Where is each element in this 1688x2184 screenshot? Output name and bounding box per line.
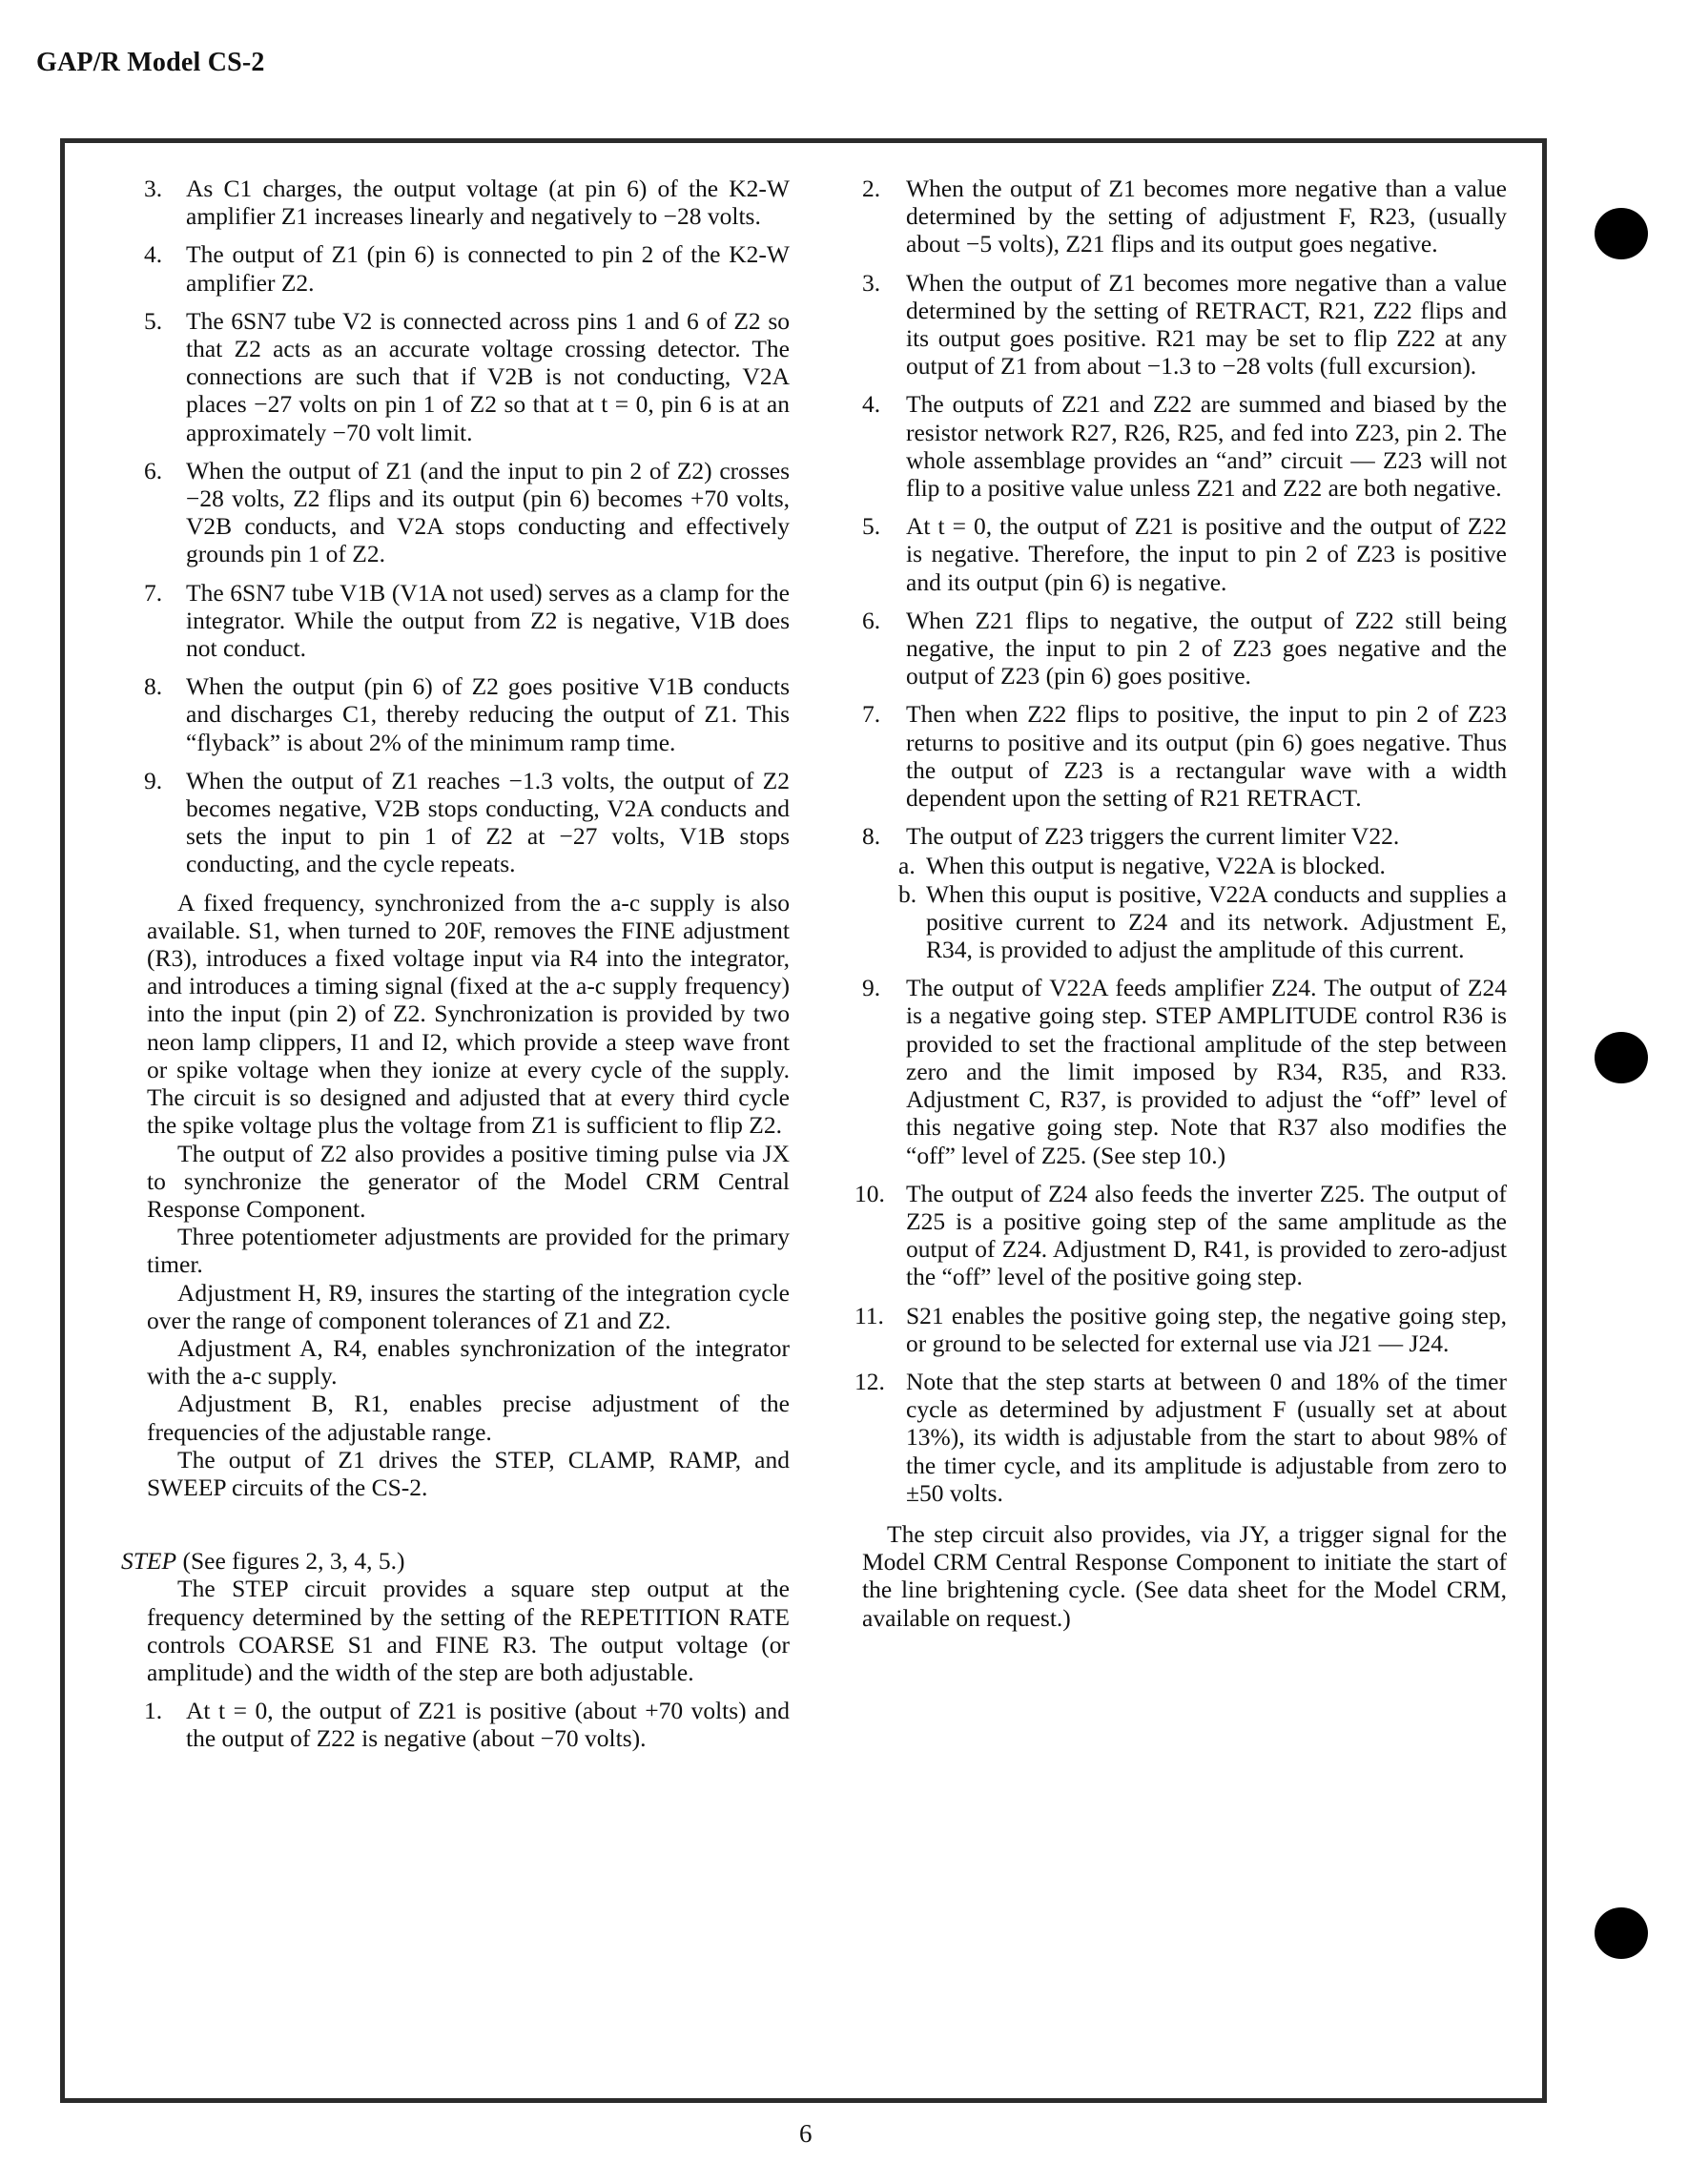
item-number: 5. bbox=[862, 512, 880, 540]
item-text: When the output of Z1 becomes more negat… bbox=[906, 269, 1507, 381]
item-number: 10. bbox=[854, 1180, 885, 1207]
item-text: At t = 0, the output of Z21 is positive … bbox=[186, 1697, 790, 1752]
list-item: 9.The output of V22A feeds amplifier Z24… bbox=[854, 974, 1507, 1168]
paragraph-closing: The step circuit also provides, via JY, … bbox=[854, 1520, 1507, 1632]
item-number: 4. bbox=[144, 240, 162, 268]
sub-item-letter: a. bbox=[898, 852, 916, 879]
paragraph-fixed-frequency: A fixed frequency, synchronized from the… bbox=[119, 889, 790, 1140]
list-item: 5.The 6SN7 tube V2 is connected across p… bbox=[119, 307, 790, 446]
item-text: When the output (pin 6) of Z2 goes posit… bbox=[186, 672, 790, 755]
item-text: When the output of Z1 becomes more negat… bbox=[906, 175, 1507, 258]
right-column: 2.When the output of Z1 becomes more neg… bbox=[854, 175, 1507, 1632]
sub-list-item: a.When this output is negative, V22A is … bbox=[854, 852, 1507, 879]
section-title: STEP bbox=[121, 1547, 176, 1575]
punch-hole-icon bbox=[1595, 208, 1648, 259]
item-number: 9. bbox=[144, 767, 162, 794]
paragraph-adjustment-h: Adjustment H, R9, insures the starting o… bbox=[119, 1279, 790, 1334]
list-item: 4.The output of Z1 (pin 6) is connected … bbox=[119, 240, 790, 296]
sub-list-item: b.When this ouput is positive, V22A cond… bbox=[854, 880, 1507, 964]
item-text: The output of Z1 (pin 6) is connected to… bbox=[186, 240, 790, 296]
item-number: 3. bbox=[144, 175, 162, 202]
item-number: 1. bbox=[144, 1697, 162, 1724]
item-text: As C1 charges, the output voltage (at pi… bbox=[186, 175, 790, 230]
item-number: 6. bbox=[144, 457, 162, 484]
list-item: 4.The outputs of Z21 and Z22 are summed … bbox=[854, 390, 1507, 502]
item-number: 11. bbox=[854, 1302, 884, 1329]
list-item: 6.When the output of Z1 (and the input t… bbox=[119, 457, 790, 568]
sub-item-letter: b. bbox=[898, 880, 916, 908]
item-number: 8. bbox=[862, 822, 880, 850]
paragraph-step-intro: The STEP circuit provides a square step … bbox=[119, 1575, 790, 1686]
list-item: 11.S21 enables the positive going step, … bbox=[854, 1302, 1507, 1357]
list-item: 12.Note that the step starts at between … bbox=[854, 1368, 1507, 1507]
item-text: S21 enables the positive going step, the… bbox=[906, 1302, 1507, 1357]
list-item: 5.At t = 0, the output of Z21 is positiv… bbox=[854, 512, 1507, 596]
item-number: 12. bbox=[854, 1368, 885, 1395]
list-item: 7.Then when Z22 flips to positive, the i… bbox=[854, 700, 1507, 812]
item-number: 2. bbox=[862, 175, 880, 202]
item-number: 8. bbox=[144, 672, 162, 700]
section-title-note: (See figures 2, 3, 4, 5.) bbox=[182, 1547, 404, 1575]
list-item: 10.The output of Z24 also feeds the inve… bbox=[854, 1180, 1507, 1291]
item-number: 9. bbox=[862, 974, 880, 1001]
item-number: 7. bbox=[144, 579, 162, 607]
list-item: 9.When the output of Z1 reaches −1.3 vol… bbox=[119, 767, 790, 878]
list-item: 3.When the output of Z1 becomes more neg… bbox=[854, 269, 1507, 381]
sub-item-text: When this ouput is positive, V22A conduc… bbox=[926, 880, 1507, 963]
paragraph-adjustments-intro: Three potentiometer adjustments are prov… bbox=[119, 1223, 790, 1278]
left-column: 3.As C1 charges, the output voltage (at … bbox=[119, 175, 790, 1763]
item-text: The 6SN7 tube V1B (V1A not used) serves … bbox=[186, 579, 790, 662]
paragraph-adjustment-b: Adjustment B, R1, enables precise adjust… bbox=[119, 1390, 790, 1445]
item-number: 4. bbox=[862, 390, 880, 418]
item-text: When Z21 flips to negative, the output o… bbox=[906, 607, 1507, 690]
punch-hole-icon bbox=[1595, 1032, 1648, 1083]
item-text: The outputs of Z21 and Z22 are summed an… bbox=[906, 390, 1507, 502]
running-head: GAP/R Model CS-2 bbox=[36, 48, 265, 78]
list-item: 2.When the output of Z1 becomes more neg… bbox=[854, 175, 1507, 258]
item-text: When the output of Z1 reaches −1.3 volts… bbox=[186, 767, 790, 878]
page-number: 6 bbox=[799, 2119, 813, 2149]
item-number: 6. bbox=[862, 607, 880, 634]
item-text: The output of V22A feeds amplifier Z24. … bbox=[906, 974, 1507, 1168]
list-item: 8.The output of Z23 triggers the current… bbox=[854, 822, 1507, 850]
item-text: When the output of Z1 (and the input to … bbox=[186, 457, 790, 568]
list-item: 8.When the output (pin 6) of Z2 goes pos… bbox=[119, 672, 790, 756]
item-number: 5. bbox=[144, 307, 162, 335]
section-heading-step: STEP (See figures 2, 3, 4, 5.) bbox=[119, 1547, 790, 1575]
item-text: Then when Z22 flips to positive, the inp… bbox=[906, 700, 1507, 812]
sub-item-text: When this output is negative, V22A is bl… bbox=[926, 852, 1386, 879]
item-text: Note that the step starts at between 0 a… bbox=[906, 1368, 1507, 1507]
list-item: 3.As C1 charges, the output voltage (at … bbox=[119, 175, 790, 230]
item-number: 3. bbox=[862, 269, 880, 297]
paragraph-timing-pulse: The output of Z2 also provides a positiv… bbox=[119, 1140, 790, 1224]
item-number: 7. bbox=[862, 700, 880, 728]
item-text: The output of Z24 also feeds the inverte… bbox=[906, 1180, 1507, 1291]
list-item: 6.When Z21 flips to negative, the output… bbox=[854, 607, 1507, 690]
list-item: 7.The 6SN7 tube V1B (V1A not used) serve… bbox=[119, 579, 790, 663]
item-text: At t = 0, the output of Z21 is positive … bbox=[906, 512, 1507, 595]
list-item: 1.At t = 0, the output of Z21 is positiv… bbox=[119, 1697, 790, 1752]
item-text: The 6SN7 tube V2 is connected across pin… bbox=[186, 307, 790, 446]
paragraph-z1-drives: The output of Z1 drives the STEP, CLAMP,… bbox=[119, 1446, 790, 1501]
paragraph-adjustment-a: Adjustment A, R4, enables synchronizatio… bbox=[119, 1334, 790, 1390]
punch-hole-icon bbox=[1595, 1907, 1648, 1959]
item-text: The output of Z23 triggers the current l… bbox=[906, 822, 1399, 850]
